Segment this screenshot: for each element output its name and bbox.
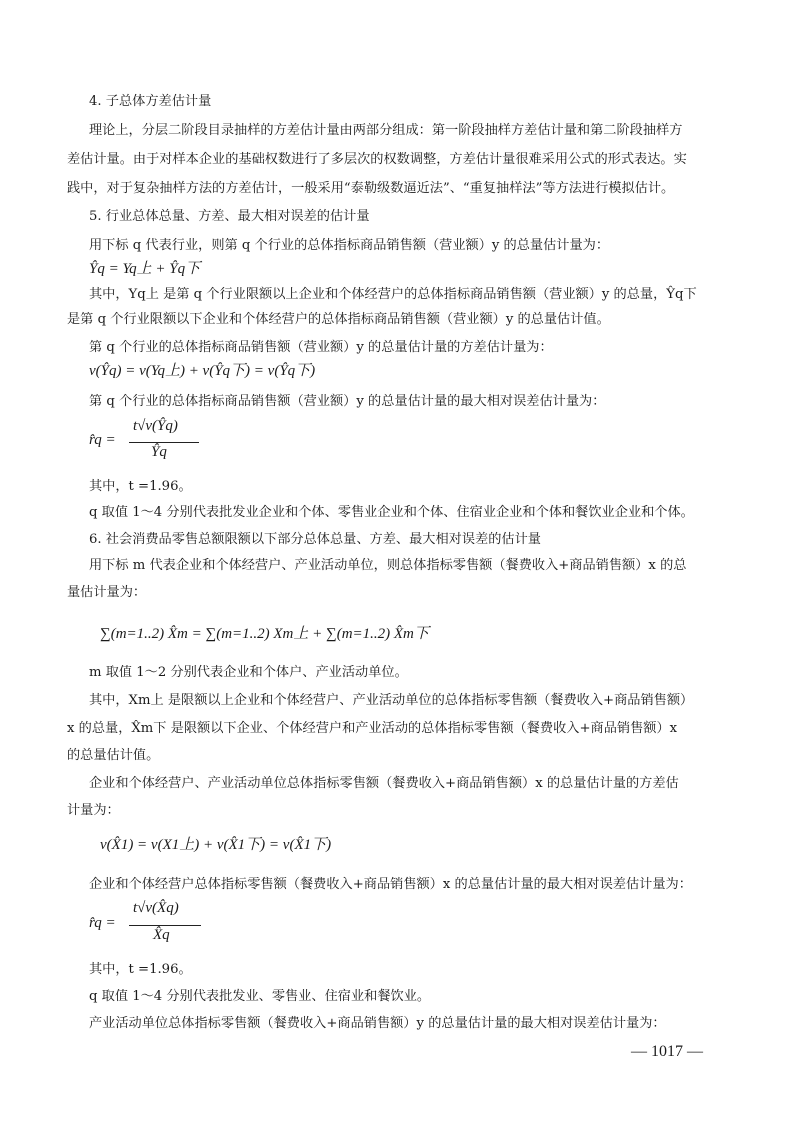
paragraph-line: 企业和个体经营户总体指标零售额（餐费收入+商品销售额）x 的总量估计量的最大相对… xyxy=(89,876,692,894)
paragraph-line: 第 q 个行业的总体指标商品销售额（营业额）y 的总量估计量的最大相对误差估计量… xyxy=(89,393,605,411)
paragraph-line: 理论上，分层二阶段目录抽样的方差估计量由两部分组成：第一阶段抽样方差估计量和第二… xyxy=(89,122,682,140)
paragraph-line: 企业和个体经营户、产业活动单位总体指标零售额（餐费收入+商品销售额）x 的总量估… xyxy=(89,775,679,793)
formula-denominator: X̂q xyxy=(153,927,170,944)
formula-total: Ŷq = Yq上 + Ŷq下 xyxy=(89,257,200,278)
formula-variance: v(Ŷq) = v(Yq上) + v(Ŷq下) = v(Ŷq下) xyxy=(89,359,315,380)
formula-numerator: t√v(Ŷq) xyxy=(133,418,178,435)
fraction-bar xyxy=(129,925,201,926)
paragraph-line: 产业活动单位总体指标零售额（餐费收入+商品销售额）y 的总量估计量的最大相对误差… xyxy=(89,1015,666,1033)
paragraph-line: x 的总量，X̂m下 是限额以下企业、个体经营户和产业活动的总体指标零售额（餐费… xyxy=(67,720,677,738)
formula-sum: ∑(m=1..2) X̂m = ∑(m=1..2) Xm上 + ∑(m=1..2… xyxy=(100,622,429,643)
paragraph-line: q 取值 1～4 分别代表批发业、零售业、住宿业和餐饮业。 xyxy=(89,988,430,1006)
paragraph-line: 其中，t =1.96。 xyxy=(89,961,192,979)
paragraph-line: 其中，t =1.96。 xyxy=(89,478,192,496)
page-number: — 1017 — xyxy=(631,1043,703,1061)
formula-numerator: t√v(X̂q) xyxy=(133,900,179,917)
section-5-heading: 5. 行业总体总量、方差、最大相对误差的估计量 xyxy=(89,208,370,226)
paragraph-line: 其中，Xm上 是限额以上企业和个体经营户、产业活动单位的总体指标零售额（餐费收入… xyxy=(89,692,693,710)
paragraph-line: 量估计量为： xyxy=(67,584,146,602)
formula-lhs: r̂q = xyxy=(89,915,116,932)
paragraph-line: 其中，Yq上 是第 q 个行业限额以上企业和个体经营户的总体指标商品销售额（营业… xyxy=(89,286,697,304)
paragraph-line: m 取值 1～2 分别代表企业和个体户、产业活动单位。 xyxy=(89,664,408,682)
paragraph-line: q 取值 1～4 分别代表批发业企业和个体、零售业企业和个体、住宿业企业和个体和… xyxy=(89,504,694,522)
fraction-bar xyxy=(129,442,199,443)
paragraph-line: 的总量估计值。 xyxy=(67,747,159,765)
formula-relative-error-x: r̂q = t√v(X̂q) X̂q xyxy=(89,900,209,950)
formula-lhs: r̂q = xyxy=(89,432,116,449)
section-6-heading: 6. 社会消费品零售总额限额以下部分总体总量、方差、最大相对误差的估计量 xyxy=(89,531,541,549)
paragraph-line: 第 q 个行业的总体指标商品销售额（营业额）y 的总量估计量的方差估计量为： xyxy=(89,339,553,357)
paragraph-line: 践中，对于复杂抽样方法的方差估计，一般采用“泰勒级数逼近法”、“重复抽样法”等方… xyxy=(67,180,674,198)
formula-relative-error: r̂q = t√v(Ŷq) Ŷq xyxy=(89,418,209,468)
section-4-heading: 4. 子总体方差估计量 xyxy=(89,93,211,111)
paragraph-line: 计量为： xyxy=(67,802,120,820)
formula-variance-x: v(X̂1) = v(X1上) + v(X̂1下) = v(X̂1下) xyxy=(100,833,331,854)
paragraph-line: 用下标 q 代表行业，则第 q 个行业的总体指标商品销售额（营业额）y 的总量估… xyxy=(89,237,609,255)
paragraph-line: 用下标 m 代表企业和个体经营户、产业活动单位，则总体指标零售额（餐费收入+商品… xyxy=(89,557,686,575)
paragraph-line: 差估计量。由于对样本企业的基础权数进行了多层次的权数调整，方差估计量很难采用公式… xyxy=(67,151,687,169)
paragraph-line: 是第 q 个行业限额以下企业和个体经营户的总体指标商品销售额（营业额）y 的总量… xyxy=(67,311,610,329)
formula-denominator: Ŷq xyxy=(151,444,167,461)
